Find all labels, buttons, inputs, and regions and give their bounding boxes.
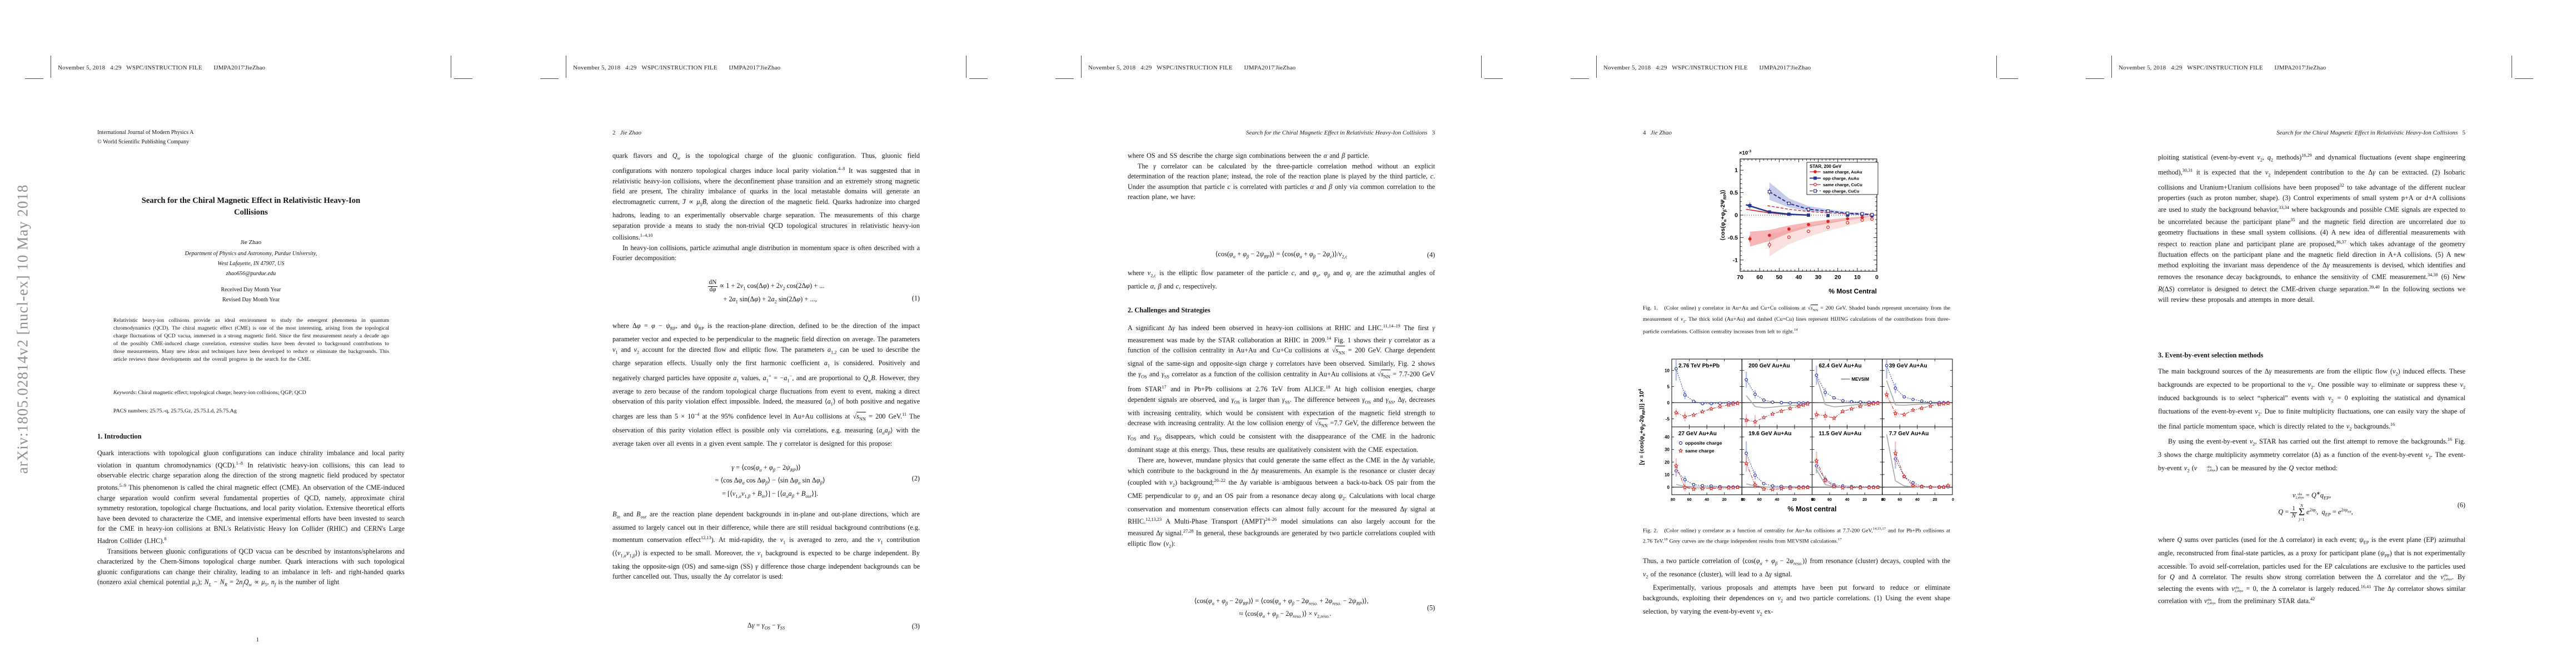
svg-text:0: 0 — [1735, 212, 1738, 219]
equation-5-label: (5) — [1427, 603, 1435, 614]
svg-text:[γ ≡ ⟨cos(φα+φβ-2ψRP)⟩] × 104: [γ ≡ ⟨cos(φα+φβ-2ψRP)⟩] × 104 — [1638, 389, 1646, 465]
running-header: November 5, 2018 4:29 WSPC/INSTRUCTION F… — [1603, 64, 1811, 71]
paragraph: Thus, a two particle correlation of ⟨cos… — [1643, 556, 1950, 583]
crop-mark-vertical-right — [2512, 56, 2512, 78]
page-4: November 5, 2018 4:29 WSPC/INSTRUCTION F… — [1546, 0, 2061, 667]
figure-1-caption: Fig. 1. (Color online) γ correlator in A… — [1643, 304, 1950, 336]
running-head-left: 2 Jie Zhao — [612, 130, 641, 136]
equation-2-body: γ = ⟨cos(φα + φβ − 2ψRP)⟩= ⟨cos Δφα cos … — [707, 464, 825, 497]
svg-text:80: 80 — [1811, 497, 1816, 502]
crop-mark-vertical-left — [51, 56, 51, 78]
crop-mark-horizontal-right — [454, 78, 472, 79]
affiliation-line-2: West Lafayette, IN 47907, US — [97, 261, 405, 267]
svg-text:0.5: 0.5 — [1730, 190, 1738, 196]
crop-mark-vertical-left — [566, 56, 566, 78]
svg-text:60: 60 — [1687, 497, 1692, 502]
svg-text:opp charge, AuAu: opp charge, AuAu — [1823, 176, 1859, 181]
svg-text:% Most central: % Most central — [1787, 505, 1836, 513]
intro-paragraph-2: Transitions between gluonic configuratio… — [97, 546, 405, 591]
paragraph: Experimentally, various proposals and at… — [1643, 583, 1950, 620]
svg-text:×10-3: ×10-3 — [1739, 150, 1751, 156]
svg-text:opp charge, CuCu: opp charge, CuCu — [1823, 189, 1860, 194]
svg-text:19.6 GeV Au+Au: 19.6 GeV Au+Au — [1748, 431, 1791, 437]
affiliation-line-1: Department of Physics and Astronomy, Pur… — [97, 251, 405, 257]
svg-text:80: 80 — [1741, 497, 1745, 502]
svg-text:30: 30 — [1665, 447, 1670, 452]
page-3: November 5, 2018 4:29 WSPC/INSTRUCTION F… — [1030, 0, 1546, 667]
crop-mark-vertical-left — [1596, 56, 1597, 78]
svg-text:20: 20 — [1722, 497, 1727, 502]
paragraph: The main background sources of the Δγ me… — [2158, 366, 2465, 435]
equation-5: ⟨cos(φα + φβ − 2ψRP)⟩ = ⟨cos(φα + φβ − 2… — [1128, 596, 1435, 620]
svg-text:40: 40 — [1796, 274, 1802, 281]
paragraph: where v2,c is the elliptic flow paramete… — [1128, 268, 1435, 292]
crop-mark-horizontal-right — [2000, 78, 2018, 79]
svg-text:30: 30 — [1815, 274, 1822, 281]
revised-line: Revised Day Month Year — [97, 297, 405, 303]
equation-6-label: (6) — [2458, 500, 2465, 511]
running-head-author: Jie Zhao — [1651, 130, 1672, 136]
svg-text:40: 40 — [1845, 497, 1850, 502]
svg-text:10: 10 — [1665, 472, 1670, 477]
svg-text:⟨cos(φα+φβ-2ΨRP)⟩: ⟨cos(φα+φβ-2ΨRP)⟩ — [1720, 190, 1727, 241]
equation-6: vobs2,ebye = Q∗qEP,Q = 1NNΣj=1e2iφj, qEP… — [2158, 488, 2465, 522]
page3-text-block-1: where OS and SS describe the charge sign… — [1128, 151, 1435, 202]
svg-text:-1: -1 — [1733, 257, 1738, 263]
svg-text:60: 60 — [1827, 497, 1832, 502]
page-number: 1 — [0, 637, 515, 643]
paragraph: There are, however, mundane physics that… — [1128, 455, 1435, 552]
svg-text:20: 20 — [1862, 497, 1867, 502]
running-head-page-number: 2 — [612, 130, 616, 136]
equation-6-body: vobs2,ebye = Q∗qEP,Q = 1NNΣj=1e2iφj, qEP… — [2270, 491, 2353, 516]
svg-text:50: 50 — [1776, 274, 1782, 281]
page4-text-block: Thus, a two particle correlation of ⟨cos… — [1643, 556, 1950, 620]
svg-text:80: 80 — [1881, 497, 1886, 502]
svg-text:same charge, AuAu: same charge, AuAu — [1823, 170, 1862, 175]
equation-4-label: (4) — [1427, 250, 1435, 261]
svg-text:20: 20 — [1792, 497, 1797, 502]
running-header: November 5, 2018 4:29 WSPC/INSTRUCTION F… — [1088, 64, 1296, 71]
copyright-line: © World Scientific Publishing Company — [97, 139, 189, 145]
crop-mark-horizontal-left — [1055, 78, 1074, 79]
svg-text:200 GeV Au+Au: 200 GeV Au+Au — [1748, 363, 1790, 369]
crop-mark-vertical-right — [966, 56, 966, 78]
running-head-title: Search for the Chiral Magnetic Effect in… — [2276, 130, 2458, 136]
svg-text:% Most Central: % Most Central — [1828, 287, 1877, 295]
equation-1-label: (1) — [912, 293, 920, 304]
section-2-heading: 2. Challenges and Strategies — [1128, 306, 1210, 315]
crop-mark-vertical-left — [1081, 56, 1082, 78]
crop-mark-vertical-right — [1996, 56, 1997, 78]
running-head-left: 4 Jie Zhao — [1643, 130, 1672, 136]
running-head-author: Jie Zhao — [620, 130, 641, 136]
svg-text:-0.5: -0.5 — [1728, 235, 1738, 241]
page2-text-block-1: quark flavors and Qw is the topological … — [612, 151, 920, 263]
svg-text:20: 20 — [1835, 274, 1841, 281]
svg-text:STAR, 200 GeV: STAR, 200 GeV — [1810, 164, 1842, 169]
section-1-heading: 1. Introduction — [97, 432, 142, 441]
figure-2-caption: Fig. 2. (Color online) γ correlator as a… — [1643, 525, 1950, 546]
equation-1: dNdφ ∝ 1 + 2v1 cos(Δφ) + 2v2 cos(2Δφ) + … — [612, 280, 920, 317]
page2-text-block-2: where Δφ = φ − ψRP, and ψRP is the react… — [612, 321, 920, 449]
fig1-chart: 706050403020100-1-0.500.51STAR, 200 GeVs… — [1717, 145, 1879, 300]
crop-mark-horizontal-left — [1571, 78, 1589, 79]
author-email: zhao656@purdue.edu — [97, 271, 405, 277]
svg-text:5: 5 — [1667, 384, 1670, 389]
svg-text:MEVSIM: MEVSIM — [1852, 377, 1870, 382]
paragraph: where Q sums over particles (used for th… — [2158, 535, 2465, 606]
paragraph: where Δφ = φ − ψRP, and ψRP is the react… — [612, 321, 920, 449]
paragraph: ploiting statistical (event-by-event v2,… — [2158, 151, 2465, 305]
figure-1: 706050403020100-1-0.500.51STAR, 200 GeVs… — [1717, 145, 1879, 297]
running-header: November 5, 2018 4:29 WSPC/INSTRUCTION F… — [2119, 64, 2326, 71]
running-head-right: Search for the Chiral Magnetic Effect in… — [1128, 130, 1435, 136]
paper-canvas: November 5, 2018 4:29 WSPC/INSTRUCTION F… — [0, 0, 2576, 667]
paragraph: In heavy-ion collisions, particle azimut… — [612, 243, 920, 263]
intro-text: Quark interactions with topological gluo… — [97, 448, 405, 590]
paper-title: Search for the Chiral Magnetic Effect in… — [97, 195, 405, 218]
paragraph: By using the event-by-event v2, STAR has… — [2158, 435, 2465, 476]
crop-mark-horizontal-left — [25, 78, 43, 79]
running-head-page-number: 3 — [1432, 130, 1436, 136]
svg-text:27 GeV Au+Au: 27 GeV Au+Au — [1678, 431, 1717, 437]
fig2-chart: 1050-52.76 TeV Pb+Pb200 GeV Au+Au62.4 Ge… — [1629, 350, 1962, 520]
crop-mark-horizontal-right — [969, 78, 988, 79]
running-head-right: Search for the Chiral Magnetic Effect in… — [2158, 130, 2465, 136]
paragraph: where OS and SS describe the charge sign… — [1128, 151, 1435, 161]
received-line: Received Day Month Year — [97, 287, 405, 293]
svg-text:40: 40 — [1775, 497, 1779, 502]
page3-text-block-2: where v2,c is the elliptic flow paramete… — [1128, 268, 1435, 292]
running-header: November 5, 2018 4:29 WSPC/INSTRUCTION F… — [58, 64, 265, 71]
page5-text-block-2: The main background sources of the Δγ me… — [2158, 366, 2465, 476]
crop-mark-vertical-right — [1481, 56, 1482, 78]
crop-mark-horizontal-right — [2515, 78, 2533, 79]
svg-text:10: 10 — [1665, 368, 1670, 373]
page-2: November 5, 2018 4:29 WSPC/INSTRUCTION F… — [515, 0, 1030, 667]
svg-text:1: 1 — [1735, 167, 1738, 174]
equation-4-body: ⟨cos(φα + φβ − 2ψRP)⟩ = ⟨cos(φα + φβ − 2… — [1215, 250, 1348, 258]
svg-text:-5: -5 — [1666, 416, 1670, 421]
svg-text:11.5 GeV Au+Au: 11.5 GeV Au+Au — [1819, 431, 1862, 437]
equation-3-body: Δγ = γOS − γSS — [748, 621, 785, 629]
running-head-page-number: 5 — [2463, 130, 2466, 136]
equation-2-label: (2) — [912, 474, 920, 484]
section-3-heading: 3. Event-by-event selection methods — [2158, 351, 2263, 360]
running-head-page-number: 4 — [1643, 130, 1646, 136]
svg-text:same charge, CuCu: same charge, CuCu — [1823, 182, 1862, 187]
intro-paragraph-1: Quark interactions with topological gluo… — [97, 448, 405, 546]
page-1: November 5, 2018 4:29 WSPC/INSTRUCTION F… — [0, 0, 515, 667]
svg-text:0: 0 — [1667, 485, 1670, 490]
paragraph: A significant Δγ has indeed been observe… — [1128, 321, 1435, 455]
paragraph: Bin and Bout are the reaction plane depe… — [612, 509, 920, 582]
svg-text:opposite charge: opposite charge — [1685, 440, 1722, 446]
svg-text:80: 80 — [1671, 497, 1675, 502]
paragraph: The γ correlator can be calculated by th… — [1128, 161, 1435, 202]
svg-text:60: 60 — [1756, 274, 1763, 281]
svg-text:20: 20 — [1665, 460, 1670, 465]
paragraph: quark flavors and Qw is the topological … — [612, 151, 920, 243]
page5-text-block-3: where Q sums over particles (used for th… — [2158, 535, 2465, 606]
svg-text:same charge: same charge — [1685, 448, 1715, 454]
crop-mark-vertical-right — [451, 56, 451, 78]
crop-mark-horizontal-left — [2086, 78, 2104, 79]
page-5: November 5, 2018 4:29 WSPC/INSTRUCTION F… — [2061, 0, 2576, 667]
svg-text:20: 20 — [1932, 497, 1937, 502]
svg-text:62.4 GeV Au+Au: 62.4 GeV Au+Au — [1819, 363, 1862, 369]
author-name: Jie Zhao — [97, 239, 405, 246]
figure-2: 1050-52.76 TeV Pb+Pb200 GeV Au+Au62.4 Ge… — [1629, 350, 1962, 517]
running-header: November 5, 2018 4:29 WSPC/INSTRUCTION F… — [573, 64, 780, 71]
svg-text:10: 10 — [1854, 274, 1861, 281]
svg-text:2.76 TeV Pb+Pb: 2.76 TeV Pb+Pb — [1678, 363, 1720, 369]
equation-5-body: ⟨cos(φα + φβ − 2ψRP)⟩ = ⟨cos(φα + φβ − 2… — [1194, 597, 1369, 618]
svg-text:40: 40 — [1705, 497, 1709, 502]
crop-mark-horizontal-right — [1484, 78, 1503, 79]
page2-text-block-3: Bin and Bout are the reaction plane depe… — [612, 509, 920, 582]
crop-mark-vertical-left — [2111, 56, 2112, 78]
svg-text:39 GeV Au+Au: 39 GeV Au+Au — [1889, 363, 1927, 369]
svg-text:0: 0 — [1952, 497, 1954, 502]
svg-text:0: 0 — [1875, 274, 1879, 281]
abstract: Relativistic heavy-ion collisions provid… — [113, 317, 389, 363]
journal-name: International Journal of Modern Physics … — [97, 130, 193, 136]
running-head-title: Search for the Chiral Magnetic Effect in… — [1246, 130, 1427, 136]
pacs-line: PACS numbers: 25.75.-q, 25.75.Gz, 25.75.… — [113, 408, 389, 414]
equation-1-body: dNdφ ∝ 1 + 2v1 cos(Δφ) + 2v2 cos(2Δφ) + … — [708, 282, 825, 302]
crop-mark-horizontal-left — [540, 78, 559, 79]
svg-text:40: 40 — [1665, 435, 1670, 440]
arxiv-watermark: arXiv:1805.02814v2 [nucl-ex] 10 May 2018 — [14, 185, 32, 474]
equation-3: Δγ = γOS − γSS (3) — [612, 620, 920, 633]
svg-text:40: 40 — [1915, 497, 1920, 502]
keywords-line: Keywords: Chiral magnetic effect; topolo… — [113, 390, 389, 396]
page5-text-block-1: ploiting statistical (event-by-event v2,… — [2158, 151, 2465, 305]
equation-4: ⟨cos(φα + φβ − 2ψRP)⟩ = ⟨cos(φα + φβ − 2… — [1128, 249, 1435, 261]
svg-text:0: 0 — [1667, 400, 1670, 405]
svg-text:60: 60 — [1897, 497, 1902, 502]
svg-text:70: 70 — [1737, 274, 1743, 281]
equation-2: γ = ⟨cos(φα + φβ − 2ψRP)⟩= ⟨cos Δφα cos … — [612, 462, 920, 495]
svg-text:7.7 GeV Au+Au: 7.7 GeV Au+Au — [1889, 431, 1929, 437]
page3-text-block-3: A significant Δγ has indeed been observe… — [1128, 321, 1435, 552]
svg-text:60: 60 — [1757, 497, 1762, 502]
equation-3-label: (3) — [912, 621, 920, 632]
